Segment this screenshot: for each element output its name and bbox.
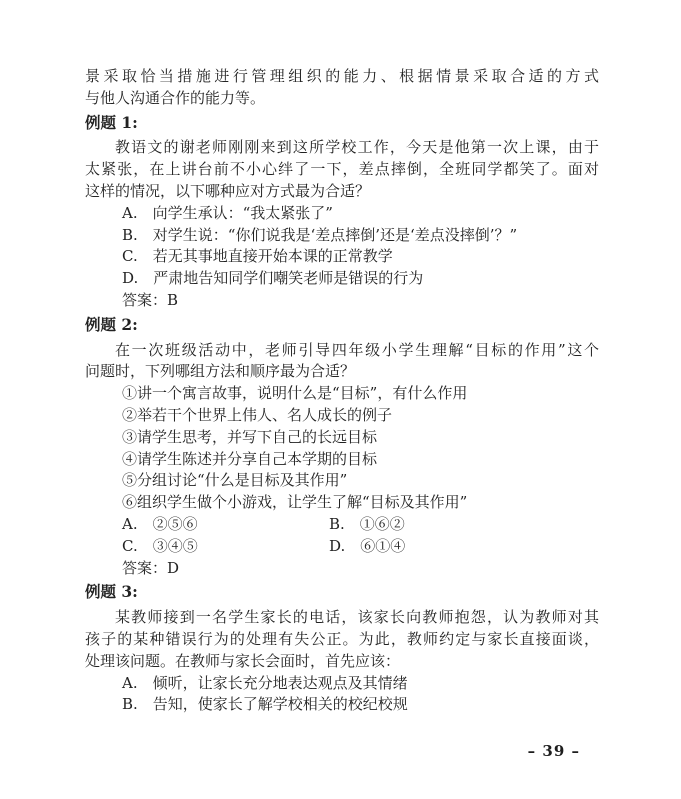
example-2-option-c: C. ③④⑤ [122,536,329,558]
example-2-option-a: A. ②⑤⑥ [122,514,329,536]
example-1-heading: 例题 1: [85,112,599,134]
example-2-item-1: ①讲一个寓言故事，说明什么是“目标”，有什么作用 [85,383,599,405]
example-1-body-line: 太紧张，在上讲台前不小心绊了一下，差点摔倒，全班同学都笑了。面对 [85,159,599,181]
example-2-heading: 例题 2: [85,314,599,336]
example-2-option-b: B. ①⑥② [329,514,599,536]
example-2-body-line: 在一次班级活动中，老师引导四年级小学生理解“目标的作用”这个 [85,340,599,362]
example-3-body-line: 孩子的某种错误行为的处理有失公正。为此，教师约定与家长直接面谈， [85,629,599,651]
example-1-option-b: B. 对学生说：“你们说我是‘差点摔倒’还是‘差点没摔倒’？” [85,225,599,247]
example-2-options-grid: A. ②⑤⑥ B. ①⑥② C. ③④⑤ D. ⑥①④ [85,514,599,558]
example-3-heading: 例题 3: [85,581,599,603]
example-1-body-line: 这样的情况，以下哪种应对方式最为合适？ [85,181,599,203]
example-1-answer: 答案：B [85,290,599,312]
example-2-item-5: ⑤分组讨论“什么是目标及其作用” [85,470,599,492]
page-content: 景采取恰当措施进行管理组织的能力、根据情景采取合适的方式 与他人沟通合作的能力等… [85,66,599,716]
example-1-option-c: C. 若无其事地直接开始本课的正常教学 [85,246,599,268]
example-3-option-a: A. 倾听，让家长充分地表达观点及其情绪 [85,673,599,695]
example-1-option-a: A. 向学生承认：“我太紧张了” [85,203,599,225]
example-3-body-line: 某教师接到一名学生家长的电话，该家长向教师抱怨，认为教师对其 [85,607,599,629]
intro-line: 与他人沟通合作的能力等。 [85,88,599,110]
example-2-item-4: ④请学生陈述并分享自己本学期的目标 [85,449,599,471]
example-2-answer: 答案：D [85,558,599,580]
example-2-option-d: D. ⑥①④ [329,536,599,558]
example-2-body-line: 问题时，下列哪组方法和顺序最为合适？ [85,361,599,383]
intro-line: 景采取恰当措施进行管理组织的能力、根据情景采取合适的方式 [85,66,599,88]
example-1-body-line: 教语文的谢老师刚刚来到这所学校工作，今天是他第一次上课，由于 [85,137,599,159]
example-2-item-3: ③请学生思考，并写下自己的长远目标 [85,427,599,449]
example-1-option-d: D. 严肃地告知同学们嘲笑老师是错误的行为 [85,268,599,290]
example-3-body-line: 处理该问题。在教师与家长会面时，首先应该： [85,651,599,673]
example-2-item-6: ⑥组织学生做个小游戏，让学生了解“目标及其作用” [85,492,599,514]
page-number: – 39 – [528,742,580,760]
document-page: 景采取恰当措施进行管理组织的能力、根据情景采取合适的方式 与他人沟通合作的能力等… [0,0,681,799]
example-3-option-b: B. 告知，使家长了解学校相关的校纪校规 [85,694,599,716]
example-2-item-2: ②举若干个世界上伟人、名人成长的例子 [85,405,599,427]
